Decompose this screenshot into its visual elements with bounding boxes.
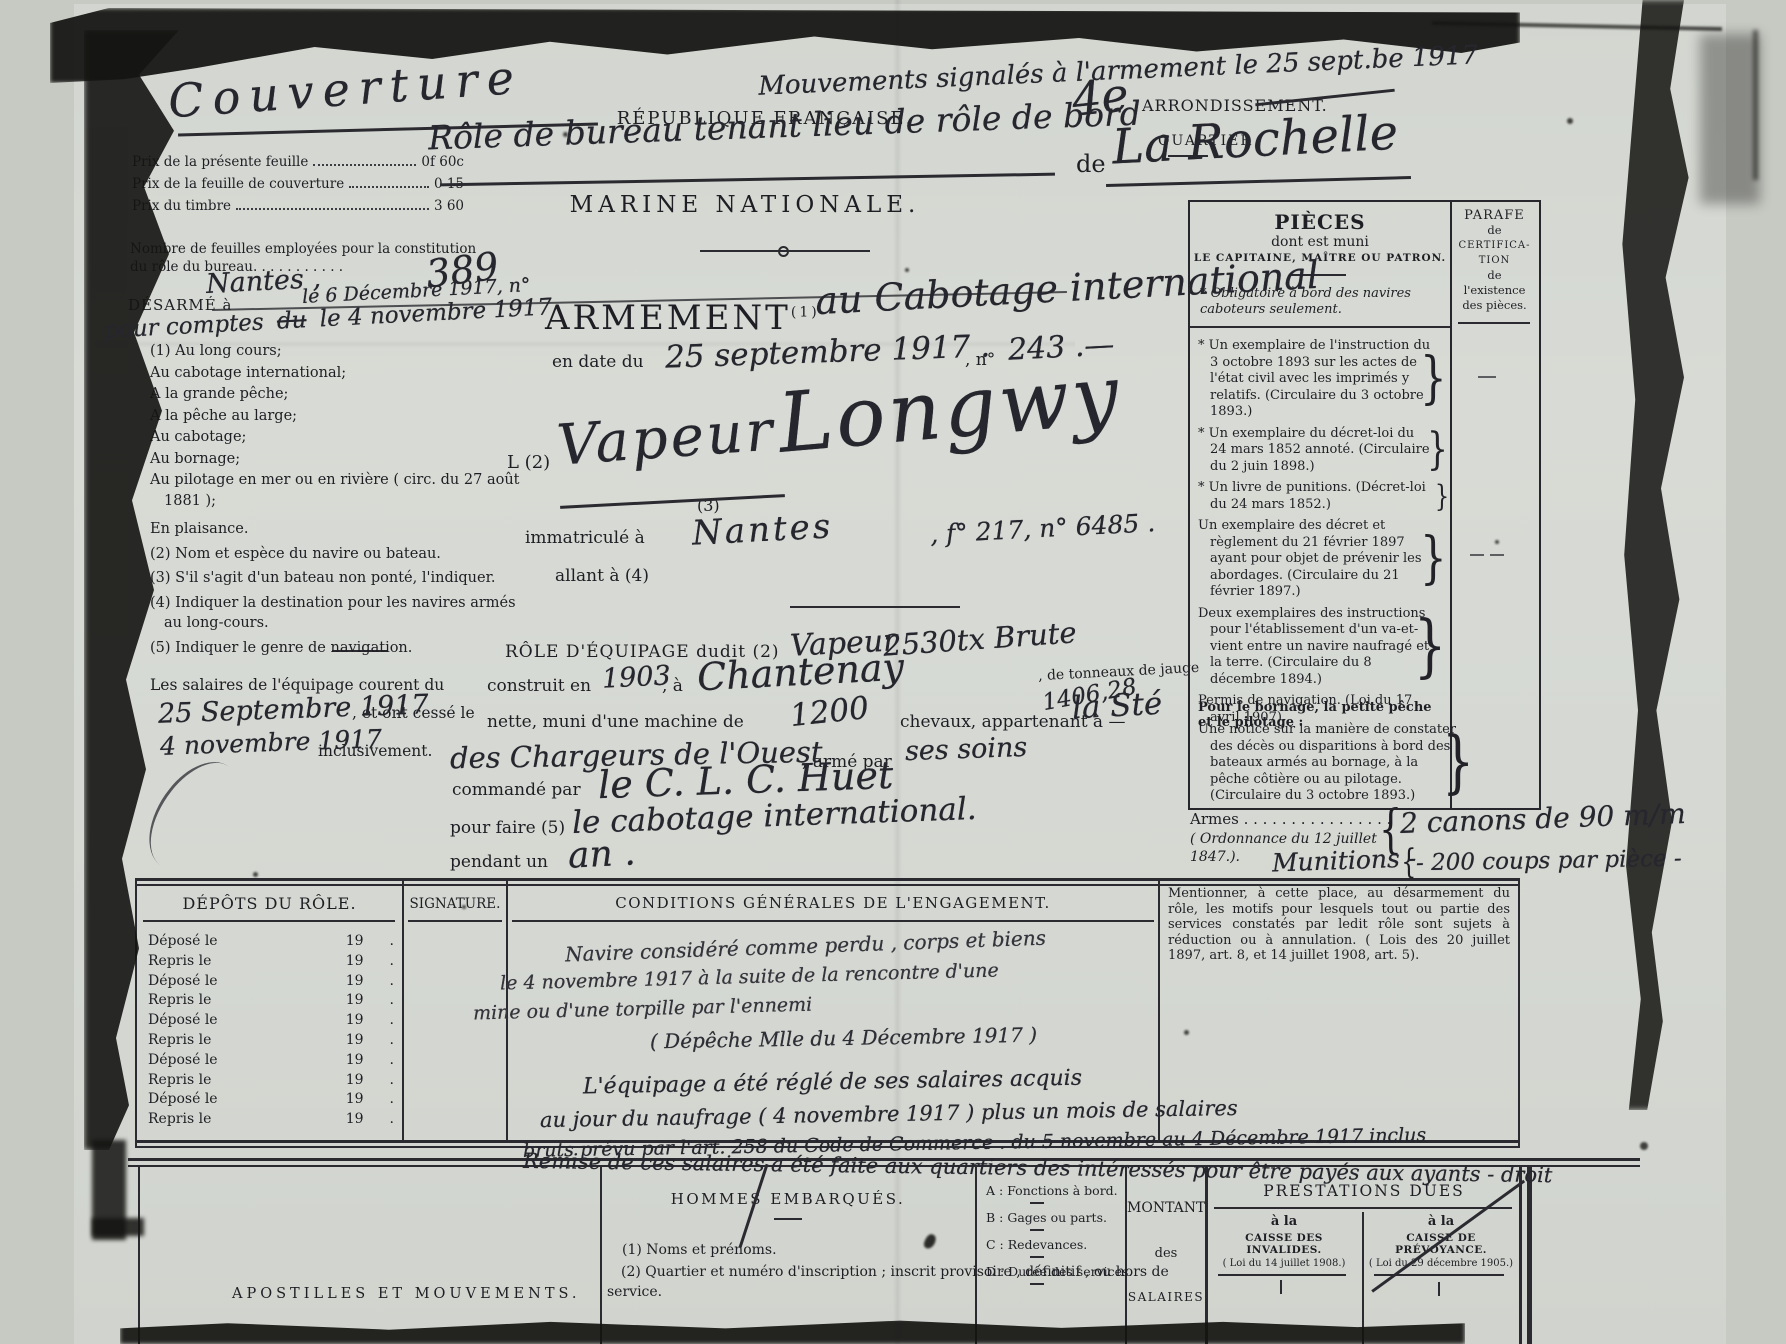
depot-row-label: Repris le [148,952,211,972]
photocopy-corner-foot [92,1218,144,1236]
legend-item: B : Gages ou parts. [986,1210,1107,1225]
conditions-header: CONDITIONS GÉNÉRALES DE L'ENGAGEMENT. [508,894,1158,912]
marine-title: MARINE NATIONALE. [545,192,945,218]
pieces-subtitle-1: dont est muni [1190,234,1450,250]
depot-row-dot: . [390,991,394,1011]
date-label-1: en date du [552,352,644,372]
pieces-item-text: * Un livre de punitions. (Décret-loi du … [1198,480,1426,512]
caisse-line: CAISSE DES INVALIDES. [1210,1232,1358,1256]
parafe-header: PARAFE de CERTIFICA- TION de l'existence… [1452,208,1537,313]
legend-dash [1030,1229,1044,1231]
munitions-label-hw: Munitions - [1272,843,1417,877]
depot-row-dot: . [390,972,394,992]
parafe-line: CERTIFICA- [1452,238,1537,253]
corner-shadow-blotch [1700,34,1760,204]
depots-header-underline [143,920,395,922]
legend-item: A : Fonctions à bord. [986,1183,1118,1198]
armes-label: Armes . . . . . . . . . . . . . . . . [1190,810,1391,828]
hommes-header-dash [774,1218,802,1220]
pieces-item-text: Deux exemplaires des instructions pour l… [1198,606,1429,687]
apostilles-title: APOSTILLES ET MOUVEMENTS. [232,1286,581,1302]
legend-item: D : Durée des services. [986,1264,1132,1279]
fee-value: 3 60 [434,198,464,214]
footnote-item: (5) Indiquer le genre de navigation. [150,638,524,659]
depot-row-label: Repris le [148,1071,211,1091]
depot-row-label: Repris le [148,1110,211,1130]
brace-icon: } [1451,729,1474,797]
parafe-line: PARAFE [1452,208,1537,223]
depots-signature-divider [402,878,404,1142]
depot-row-dot: . [390,932,394,952]
dotted-leader [313,164,416,166]
depot-row: Déposé le19. [148,1011,394,1031]
depot-row-label: Repris le [148,1031,211,1051]
caisse-invalides-tick [1280,1280,1282,1294]
depot-row: Déposé le19. [148,1051,394,1071]
brace-icon: } [1444,482,1449,512]
depot-row-label: Déposé le [148,1090,218,1110]
machine-label-1: nette, muni d'une machine de [487,712,744,732]
construit-label-1: construit en [487,676,591,696]
parafe-line: de [1452,268,1537,283]
hommes-footnote-1: (1) Noms et prénoms. [622,1242,777,1258]
pieces-item: Deux exemplaires des instructions pour l… [1198,606,1448,689]
signature-header: SIGNATURE. [404,896,506,912]
depot-row-year: 19 [346,1031,364,1051]
caisse-line: CAISSE DE PRÉVOYANCE. [1366,1232,1516,1256]
depot-row-label: Déposé le [148,1011,218,1031]
caisse-line: ( Loi du 14 juillet 1908.) [1210,1258,1358,1269]
marine-ornament-dot [778,246,789,257]
pour-comptes-struck-word: du [276,307,307,335]
armement-title-text: ARMEMENT [545,298,791,338]
bornage-item-text: Une notice sur la manière de constater d… [1198,722,1456,803]
arme-par-hw: ses soins [904,732,1027,767]
fee-row: Prix du timbre3 60 [132,198,464,214]
depot-row: Déposé le19. [148,932,394,952]
depot-row-label: Déposé le [148,932,218,952]
depot-row-year: 19 [346,991,364,1011]
pendant-label: pendant un [450,852,548,872]
pieces-item: * Un exemplaire du décret-loi du 24 mars… [1198,426,1448,476]
montant-line: SALAIRES [1127,1290,1205,1304]
pieces-item: * Un livre de punitions. (Décret-loi du … [1198,480,1448,513]
footnote-item: (1) Au long cours; [150,341,524,362]
allant-label: allant à (4) [555,566,649,586]
depot-row-dot: . [390,1071,394,1091]
depot-row: Déposé le19. [148,1090,394,1110]
signature-header-underline [408,920,502,922]
depot-row-year: 19 [346,1110,364,1130]
caisse-line: ( Loi du 29 décembre 1905.) [1366,1258,1516,1269]
desarme-number-hw: 389 [424,244,501,297]
ship-article-label: L (2) [507,452,550,473]
hommes-legend-divider [975,1167,977,1344]
legend-dash [1030,1202,1044,1204]
ink-speck [253,872,258,877]
footnote-item: Au pilotage en mer ou en rivière ( circ.… [150,470,524,511]
footnote-item: En plaisance. [150,519,524,540]
brace-icon: } [1429,351,1447,407]
hommes-header: HOMMES EMBARQUÉS. [602,1190,974,1208]
depot-row: Repris le19. [148,1031,394,1051]
bottom-table-right-border-2 [1527,1167,1532,1344]
fee-label: Prix de la feuille de couverture [132,176,344,192]
depot-row-label: Déposé le [148,972,218,992]
footnote-item: A la pêche au large; [150,406,524,427]
parafe-line: des pièces. [1452,298,1537,313]
dotted-leader [236,208,429,210]
footnote-item: (3) S'il s'agit d'un bateau non ponté, l… [150,568,524,589]
middle-table-right-border [1518,878,1520,1148]
armement-divider [790,606,960,608]
ink-speck [905,268,909,272]
middle-table-top-line [135,878,1520,881]
quartier-de-label: de [1076,150,1106,178]
scanned-document-photo: Couverture Prix de la présente feuille0f… [0,0,1786,1344]
middle-table-left-border [135,878,137,1148]
legend-dash [1030,1256,1044,1258]
pieces-item-text: * Un exemplaire du décret-loi du 24 mars… [1198,426,1430,474]
pieces-title: PIÈCES [1190,210,1450,234]
depot-row-dot: . [390,1011,394,1031]
depots-rows: Déposé le19. Repris le19. Déposé le19. R… [148,932,394,1130]
montant-line: des [1127,1246,1205,1261]
arrondissement-number-hw: 4e [1069,67,1131,127]
pieces-item-text: * Un exemplaire de l'instruction du 3 oc… [1198,338,1430,419]
pieces-item-text: Un exemplaire des décret et règlement du… [1198,518,1422,599]
legend-item: C : Redevances. [986,1237,1087,1252]
depot-row-year: 19 [346,932,364,952]
mention-note: Mentionner, à cette place, au désarmemen… [1168,886,1510,964]
footnote-item: (2) Nom et espèce du navire ou bateau. [150,544,524,565]
page-edge-vertical-line [1753,30,1758,180]
ink-speck [1567,118,1573,124]
fees-block: Prix de la présente feuille0f 60c Prix d… [132,154,464,214]
bottom-table-left-border [138,1167,140,1344]
caisses-divider [1362,1212,1364,1344]
depot-row-dot: . [390,1090,394,1110]
depot-row: Repris le19. [148,1110,394,1130]
depot-row-dot: . [390,1031,394,1051]
depots-header: DÉPÔTS DU RÔLE. [137,894,402,913]
depot-row: Repris le19. [148,1071,394,1091]
footnote-item: (4) Indiquer la destination pour les nav… [150,593,524,634]
depot-row-dot: . [390,1110,394,1130]
depot-row-year: 19 [346,952,364,972]
pieces-items-list: * Un exemplaire de l'instruction du 3 oc… [1198,338,1448,731]
dotted-leader [349,186,429,188]
caisse-line: à la [1210,1214,1358,1229]
prestations-header-underline [1214,1207,1512,1209]
caisse-line: à la [1366,1214,1516,1229]
parafe-tick-mark [1490,554,1504,556]
parafe-line: de [1452,223,1537,238]
pour-faire-label: pour faire (5) [450,818,565,838]
depot-row-year: 19 [346,1071,364,1091]
footnote-item: Au cabotage; [150,427,524,448]
depot-row-dot: . [390,952,394,972]
caisse-invalides-squiggle [1218,1274,1346,1276]
immatricule-label: immatriculé à [525,528,645,548]
parafe-tick-mark [1470,554,1484,556]
bornage-item: Une notice sur la manière de constater d… [1198,722,1476,805]
proprietaire-ste-hw: la Sté [1071,686,1163,727]
commande-label: commandé par [452,780,581,800]
depot-row-year: 19 [346,972,364,992]
footnote-item: A la grande pêche; [150,384,524,405]
depot-row-dot: . [390,1051,394,1071]
parafe-line: l'existence [1452,283,1537,298]
fee-row: Prix de la feuille de couverture0 15 [132,176,464,192]
footnote-item: Au bornage; [150,449,524,470]
montant-line: MONTANT [1127,1200,1205,1216]
immatricule-port-hw: Nantes [691,506,834,553]
parafe-tick-mark [1478,376,1496,378]
depot-row: Repris le19. [148,991,394,1011]
caisse-prevoyance-tick [1438,1282,1440,1296]
parafe-line: TION [1452,253,1537,268]
construit-year-hw: 1903 [601,660,671,695]
footnotes-list: (1) Au long cours; Au cabotage internati… [150,341,524,659]
caisse-invalides-cell: à la CAISSE DES INVALIDES. ( Loi du 14 j… [1210,1214,1358,1269]
pieces-item: Un exemplaire des décret et règlement du… [1198,518,1448,601]
ink-speck [1640,1142,1648,1150]
brace-icon: } [1423,613,1446,681]
pieces-note-divider [1190,326,1450,328]
depot-row-year: 19 [346,1051,364,1071]
brace-icon: } [1436,428,1448,472]
pieces-item: * Un exemplaire de l'instruction du 3 oc… [1198,338,1448,421]
munitions-value-hw: - 200 coups par pièce - [1416,846,1682,877]
armement-title: ARMEMENT(1) [545,298,820,338]
depot-row: Déposé le19. [148,972,394,992]
ink-speck [1184,1030,1189,1035]
footnote-item: Au cabotage international; [150,363,524,384]
depot-row-year: 19 [346,1011,364,1031]
conditions-header-underline [512,920,1154,922]
depot-row-year: 19 [346,1090,364,1110]
pendant-hw: an . [567,832,637,876]
fee-row: Prix de la présente feuille0f 60c [132,154,464,170]
parafe-underline [1458,322,1530,324]
depot-row-label: Repris le [148,991,211,1011]
brace-icon: } [1429,531,1447,587]
depot-row-label: Déposé le [148,1051,218,1071]
depot-row: Repris le19. [148,952,394,972]
